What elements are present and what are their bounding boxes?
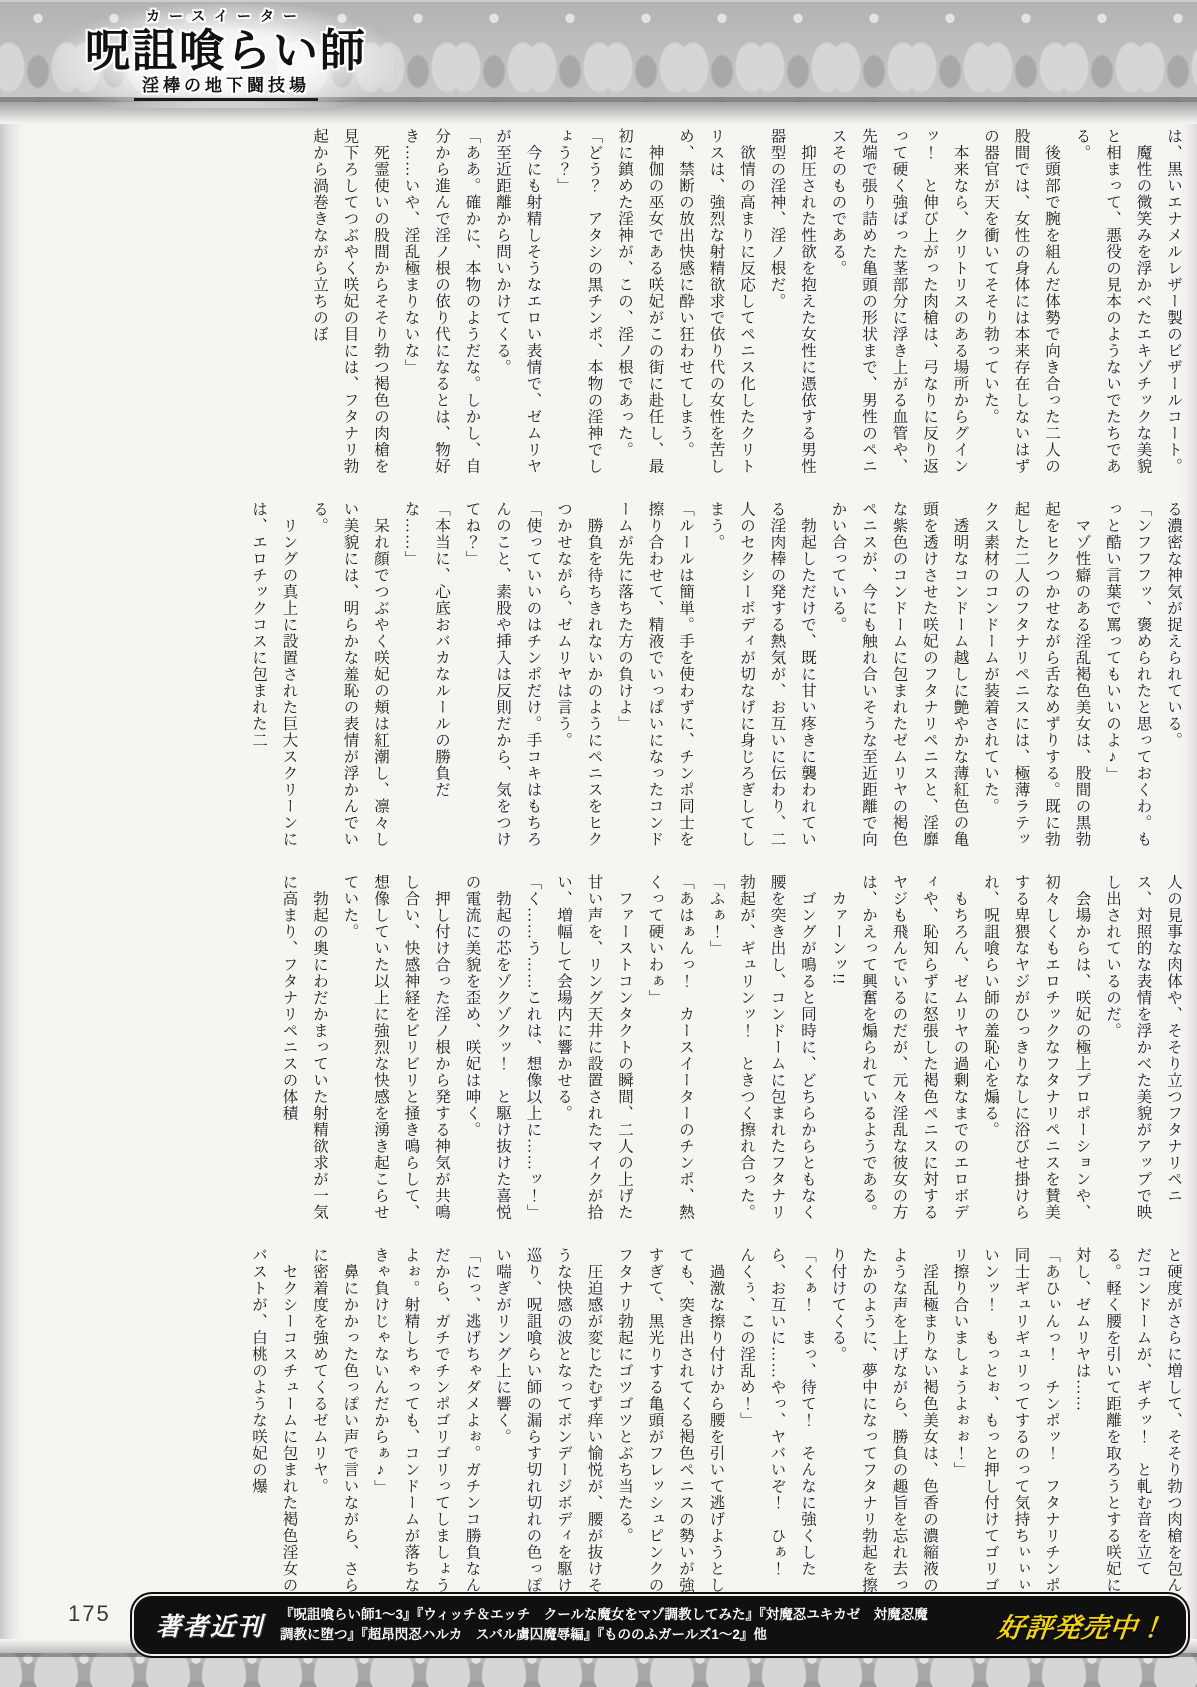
paragraph: 人の見事な肉体や、そそり立つフタナリペニス、対照的な表情を浮かべた美貌がアップで…: [1097, 874, 1189, 1224]
paragraph: 今にも射精しそうなエロい表情で、ゼムリヤが至近距離から問いかけてくる。: [487, 128, 548, 478]
title-furigana: カースイーター: [58, 10, 394, 26]
paragraph: 「く……う……これは、想像以上に……ッ！」: [517, 874, 548, 1224]
paragraph: 「使っていいのはチンポだけ。手コキはもちろんのこと、素股や挿入は反則だから、気を…: [456, 501, 548, 851]
paragraph: 「どう？ アタシの黒チンポ、本物の淫神でしょう？」: [548, 128, 609, 478]
paragraph: 「ああ。確かに、本物のようだな。しかし、自分から進んで淫ノ根の依り代になるとは、…: [395, 128, 487, 478]
paragraph: カァーンッ!!: [822, 874, 853, 1224]
paragraph: 欲情の高まりに反応してペニス化したクリトリスは、強烈な射精欲求で依り代の女性を苦…: [670, 128, 762, 478]
paragraph: る濃密な神気が捉えられている。: [1158, 501, 1189, 851]
paragraph: 抑圧された性欲を抱えた女性に憑依する男性器型の淫神、淫ノ根だ。: [761, 128, 822, 478]
paragraph: 魔性の微笑みを浮かべたエキゾチックな美貌と相まって、悪役の見本のようないでたちで…: [1066, 128, 1158, 478]
paragraph: 押し付け合った淫ノ根から発する神気が共鳴し合い、快感神経をビリビリと掻き鳴らして…: [334, 874, 456, 1224]
paragraph: ゴングが鳴ると同時に、どちらからともなく腰を突き出し、コンドームに包まれたフタナ…: [731, 874, 823, 1224]
recent-works-bar: 著者近刊 『呪詛喰らい師1～3』『ウィッチ＆エッチ クールな魔女をマゾ調教してみ…: [134, 1596, 1186, 1654]
paragraph: と硬度がさらに増して、そそり勃つ肉槍を包んだコンドームが、ギチッ！ と軋む音を立…: [1066, 1247, 1188, 1597]
paragraph: ファーストコンタクトの瞬間、二人の上げた甘い声を、リング天井に設置されたマイクが…: [548, 874, 640, 1224]
paragraph: もちろん、ゼムリヤの過剰なまでのエロボディや、恥知らずに怒張した褐色ペニスに対す…: [853, 874, 975, 1224]
paragraph: 「ルールは簡単。手を使わずに、チンポ同士を擦り合わせて、精液でいっぱいになったコ…: [609, 501, 701, 851]
paragraph: は、黒いエナメルレザー製のビザールコート。: [1158, 128, 1189, 478]
paragraph: 「あひぃんっ！ チンポッ！ フタナリチンポ同士ギュリギュリってするのって気持ちぃ…: [944, 1247, 1066, 1597]
paragraph: 透明なコンドーム越しに艶やかな薄紅色の亀頭を透けさせた咲妃のフタナリペニスと、淫…: [822, 501, 975, 851]
paragraph: リングの真上に設置された巨大スクリーンには、エロチックコスに包まれた二: [243, 501, 304, 851]
paragraph: 呆れ顔でつぶやく咲妃の頬は紅潮し、凛々しい美貌には、明らかな羞恥の表情が浮かんで…: [304, 501, 396, 851]
paragraph: セクシーコスチュームに包まれた褐色淫女のバストが、白桃のような咲妃の爆: [243, 1247, 304, 1597]
paragraph: 「くぁ！ まっ、待て！ そんなに強くしたら、お互いに……やっ、ヤバいぞ！ ひぁ！…: [731, 1247, 823, 1597]
paragraph: 本来なら、クリトリスのある場所からグインッ！ と伸び上がった肉槍は、弓なりに反り…: [822, 128, 975, 478]
recent-works-label: 著者近刊: [156, 1607, 264, 1643]
paragraph: 鼻にかかった色っぽい声で言いながら、さらに密着度を強めてくるゼムリヤ。: [304, 1247, 365, 1597]
paragraph: 「ンフフフッ、褒められたと思っておくわ。もっと酷い言葉で罵ってもいいのよ♪」: [1097, 501, 1158, 851]
paragraph: 過激な擦り付けから腰を引いて逃げようとしても、突き出されてくる褐色ペニスの勢いが…: [609, 1247, 731, 1597]
bottom-ornamental-border: [0, 1653, 1197, 1687]
paragraph: 勃起しただけで、既に甘い疼きに襲われている淫肉棒の発する熱気が、お互いに伝わり、…: [700, 501, 822, 851]
recent-works-list: 『呪詛喰らい師1～3』『ウィッチ＆エッチ クールな魔女をマゾ調教してみた』『対魔…: [280, 1605, 940, 1646]
page-title: 呪詛喰らい師: [58, 26, 394, 76]
paragraph: 「あはぁんっ！ カースイーターのチンポ、熱くって硬いわぁ」: [639, 874, 700, 1224]
paragraph: 勝負を待ちきれないかのようにペニスをヒクつかせながら、ゼムリヤは言う。: [548, 501, 609, 851]
page-subtitle: 淫棒の地下闘技場: [134, 76, 318, 101]
promo-badge: 好評発売中！: [996, 1606, 1168, 1645]
text-band-2: る濃密な神気が捉えられている。「ンフフフッ、褒められたと思っておくわ。もっと酷い…: [86, 501, 1188, 851]
title-block: カースイーター 呪詛喰らい師 淫棒の地下闘技場: [58, 4, 394, 108]
paragraph: 死霊使いの股間からそそり勃つ褐色の肉槍を見下ろしてつぶやく咲妃の目には、フタナリ…: [304, 128, 396, 478]
paragraph: 圧迫感が変じたむず痒い愉悦が、腰が抜けそうな快感の波となってボンデージボディを駆…: [487, 1247, 609, 1597]
paragraph: 「にっ、逃げちゃダメよぉ。ガチンコ勝負なんだから、ガチでチンポゴリゴリってしまし…: [365, 1247, 487, 1597]
scanned-novel-page: カースイーター 呪詛喰らい師 淫棒の地下闘技場 は、黒いエナメルレザー製のビザー…: [0, 0, 1197, 1687]
paragraph: 「本当に、心底おバカなルールの勝負だな……」: [395, 501, 456, 851]
paragraph: 勃起の奥にわだかまっていた射精欲求が一気に高まり、フタナリペニスの体積: [273, 874, 334, 1224]
paragraph: 神伽の巫女である咲妃がこの街に赴任し、最初に鎮めた淫神が、この、淫ノ根であった。: [609, 128, 670, 478]
page-number: 175: [68, 1601, 111, 1627]
body-text-area: は、黒いエナメルレザー製のビザールコート。 魔性の微笑みを浮かべたエキゾチックな…: [86, 128, 1188, 1620]
text-band-1: は、黒いエナメルレザー製のビザールコート。 魔性の微笑みを浮かべたエキゾチックな…: [86, 128, 1188, 478]
text-band-3: 人の見事な肉体や、そそり立つフタナリペニス、対照的な表情を浮かべた美貌がアップで…: [86, 874, 1188, 1224]
paragraph: 勃起の芯をゾクゾクッ！ と駆け抜けた喜悦の電流に美貌を歪め、咲妃は呻く。: [456, 874, 517, 1224]
paragraph: 「ふぁ！」: [700, 874, 731, 1224]
paragraph: 後頭部で腕を組んだ体勢で向き合った二人の股間では、女性の身体には本来存在しないは…: [975, 128, 1067, 478]
paragraph: 淫乱極まりない褐色美女は、色香の濃縮液のような声を上げながら、勝負の趣旨を忘れ去…: [822, 1247, 944, 1597]
paragraph: マゾ性癖のある淫乱褐色美女は、股間の黒勃起をヒクつかせながら舌なめずりする。既に…: [975, 501, 1097, 851]
text-band-4: と硬度がさらに増して、そそり勃つ肉槍を包んだコンドームが、ギチッ！ と軋む音を立…: [86, 1247, 1188, 1597]
paragraph: 会場からは、咲妃の極上プロポーションや、初々しくもエロチックなフタナリペニスを賛…: [975, 874, 1097, 1224]
